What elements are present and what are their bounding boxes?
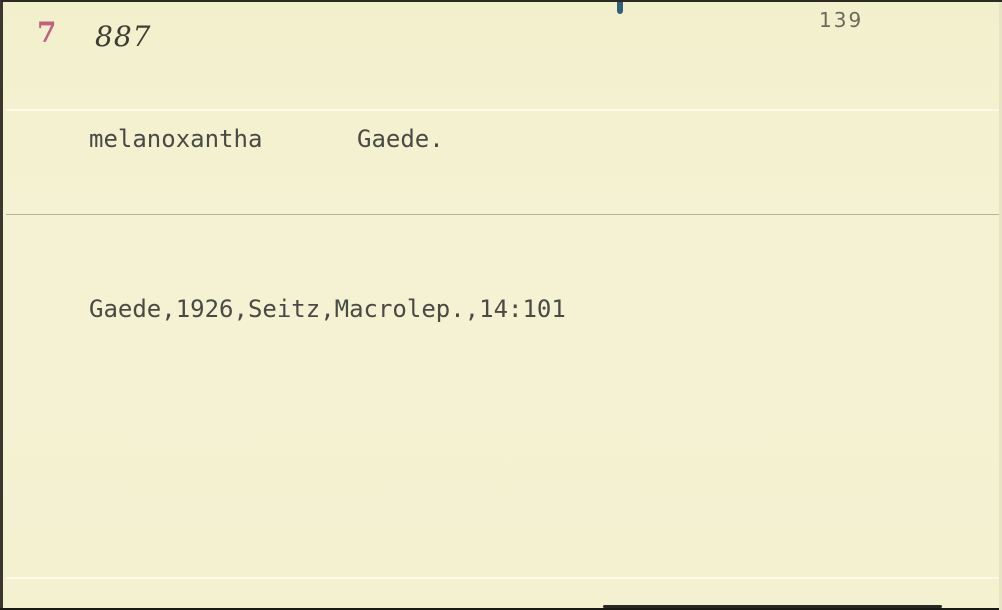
- index-card: 7 887 139 melanoxantha Gaede. Gaede,1926…: [0, 0, 1002, 608]
- handwritten-number: 887: [95, 20, 151, 53]
- ink-mark: [617, 2, 623, 14]
- stamped-number: 7: [37, 16, 56, 49]
- literature-citation: Gaede,1926,Seitz,Macrolep.,14:101: [89, 295, 566, 323]
- species-author: Gaede.: [357, 125, 444, 153]
- handwritten-page-number: 139: [819, 8, 863, 32]
- card-band-line: [6, 109, 1002, 111]
- card-band-line: [6, 577, 1002, 579]
- species-name: melanoxantha: [89, 125, 262, 153]
- horizontal-rule: [6, 214, 1002, 215]
